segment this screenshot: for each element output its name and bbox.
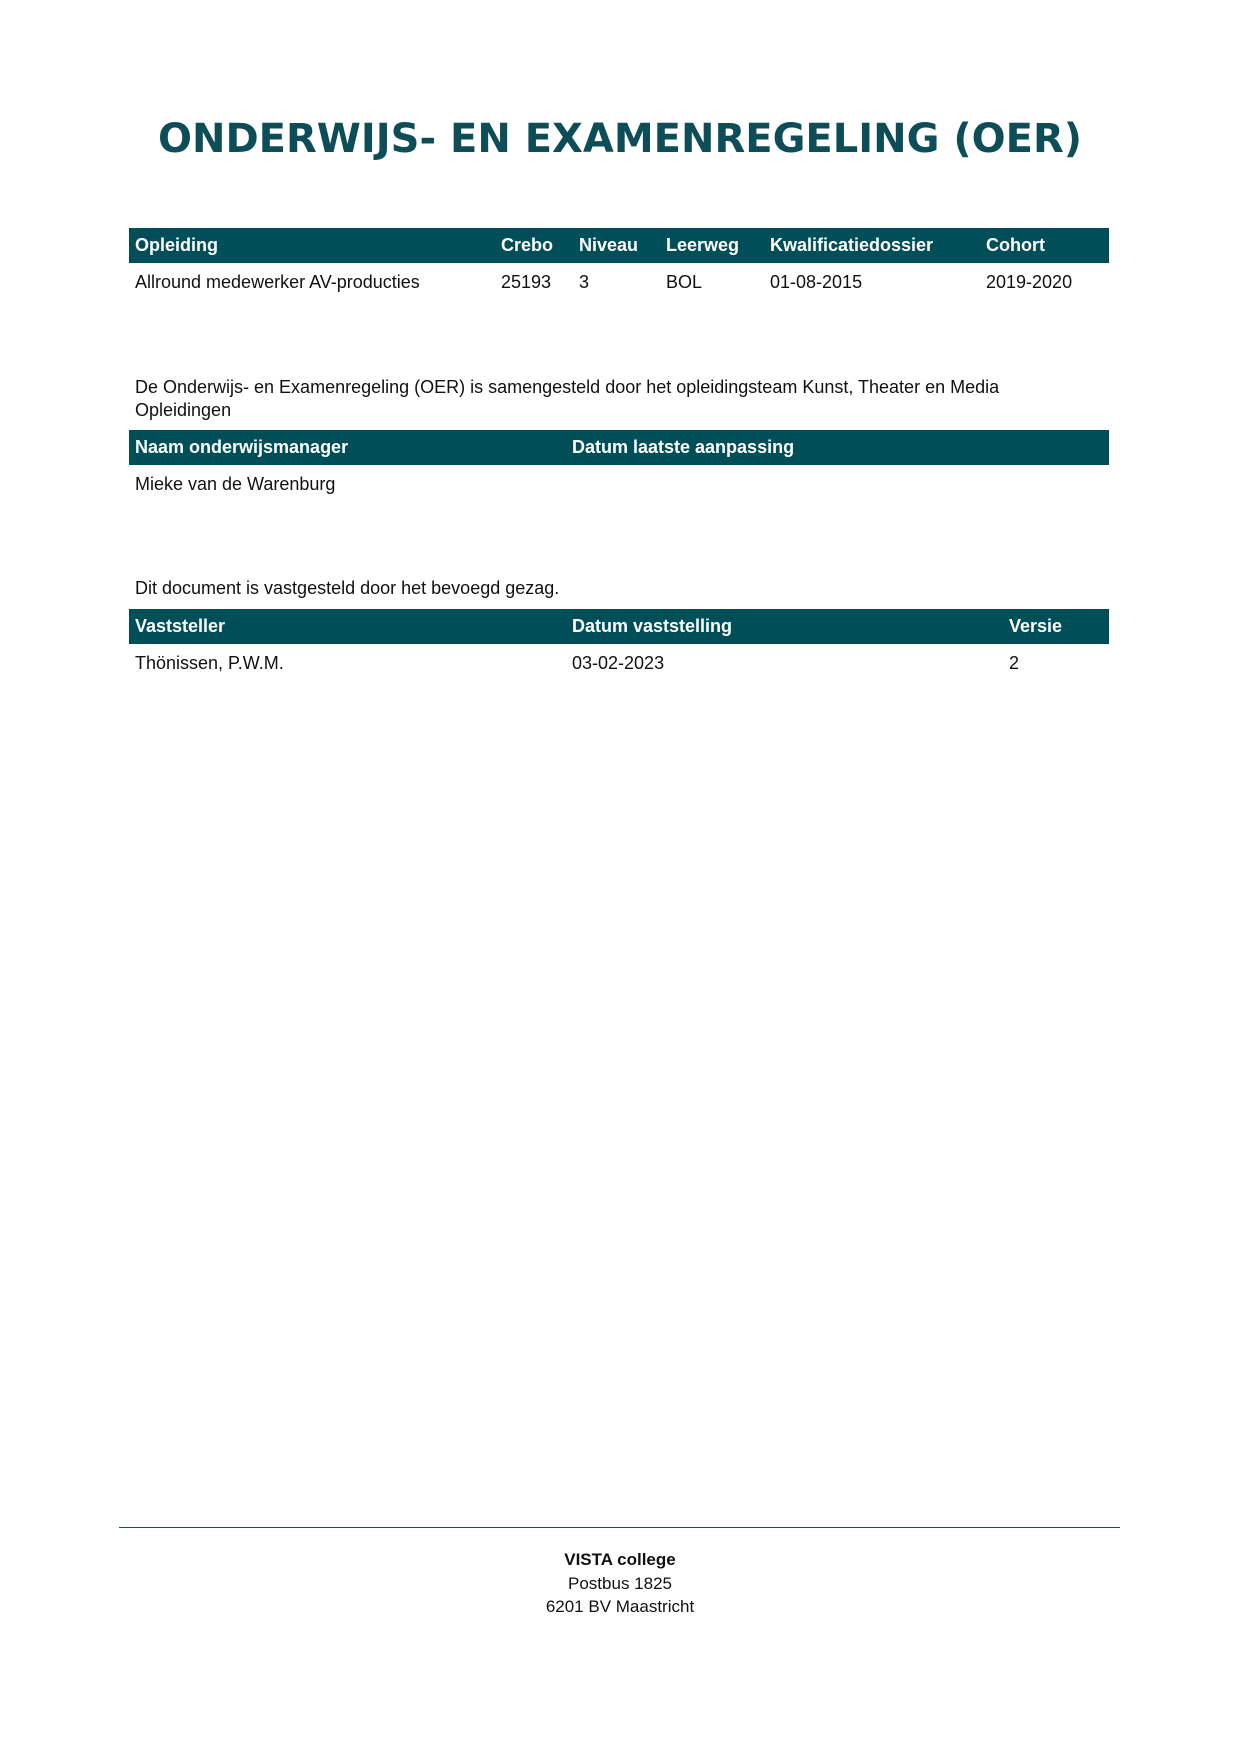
header-kwalificatiedossier: Kwalificatiedossier [764, 228, 980, 263]
cell-kwalificatiedossier: 01-08-2015 [764, 263, 980, 301]
header-naam-onderwijsmanager: Naam onderwijsmanager [129, 430, 566, 465]
cell-vaststeller: Thönissen, P.W.M. [129, 644, 566, 682]
footer-address-line1: Postbus 1825 [0, 1572, 1240, 1596]
cell-versie: 2 [1003, 644, 1109, 682]
program-table: Opleiding Crebo Niveau Leerweg Kwalifica… [129, 228, 1109, 301]
cell-leerweg: BOL [660, 263, 764, 301]
header-datum-vaststelling: Datum vaststelling [566, 609, 1003, 644]
header-vaststeller: Vaststeller [129, 609, 566, 644]
cell-opleiding: Allround medewerker AV-producties [129, 263, 495, 301]
page-title: ONDERWIJS- EN EXAMENREGELING (OER) [0, 116, 1240, 162]
header-crebo: Crebo [495, 228, 573, 263]
adoption-text: Dit document is vastgesteld door het bev… [135, 577, 1095, 600]
cell-cohort: 2019-2020 [980, 263, 1109, 301]
header-versie: Versie [1003, 609, 1109, 644]
cell-naam-onderwijsmanager: Mieke van de Warenburg [129, 465, 566, 503]
adoption-table: Vaststeller Datum vaststelling Versie Th… [129, 609, 1109, 682]
footer-address-line2: 6201 BV Maastricht [0, 1595, 1240, 1619]
table-row: Mieke van de Warenburg [129, 465, 1109, 503]
header-leerweg: Leerweg [660, 228, 764, 263]
footer: VISTA college Postbus 1825 6201 BV Maast… [0, 1548, 1240, 1619]
footer-organization: VISTA college [0, 1548, 1240, 1572]
header-cohort: Cohort [980, 228, 1109, 263]
header-niveau: Niveau [573, 228, 660, 263]
cell-datum-vaststelling: 03-02-2023 [566, 644, 1003, 682]
header-opleiding: Opleiding [129, 228, 495, 263]
table-header-row: Naam onderwijsmanager Datum laatste aanp… [129, 430, 1109, 465]
header-datum-laatste-aanpassing: Datum laatste aanpassing [566, 430, 1109, 465]
table-row: Thönissen, P.W.M. 03-02-2023 2 [129, 644, 1109, 682]
cell-datum-laatste-aanpassing [566, 465, 1109, 503]
table-header-row: Vaststeller Datum vaststelling Versie [129, 609, 1109, 644]
cell-crebo: 25193 [495, 263, 573, 301]
cell-niveau: 3 [573, 263, 660, 301]
footer-divider [119, 1527, 1120, 1528]
table-row: Allround medewerker AV-producties 25193 … [129, 263, 1109, 301]
table-header-row: Opleiding Crebo Niveau Leerweg Kwalifica… [129, 228, 1109, 263]
manager-table: Naam onderwijsmanager Datum laatste aanp… [129, 430, 1109, 503]
composition-text: De Onderwijs- en Examenregeling (OER) is… [135, 376, 1095, 422]
